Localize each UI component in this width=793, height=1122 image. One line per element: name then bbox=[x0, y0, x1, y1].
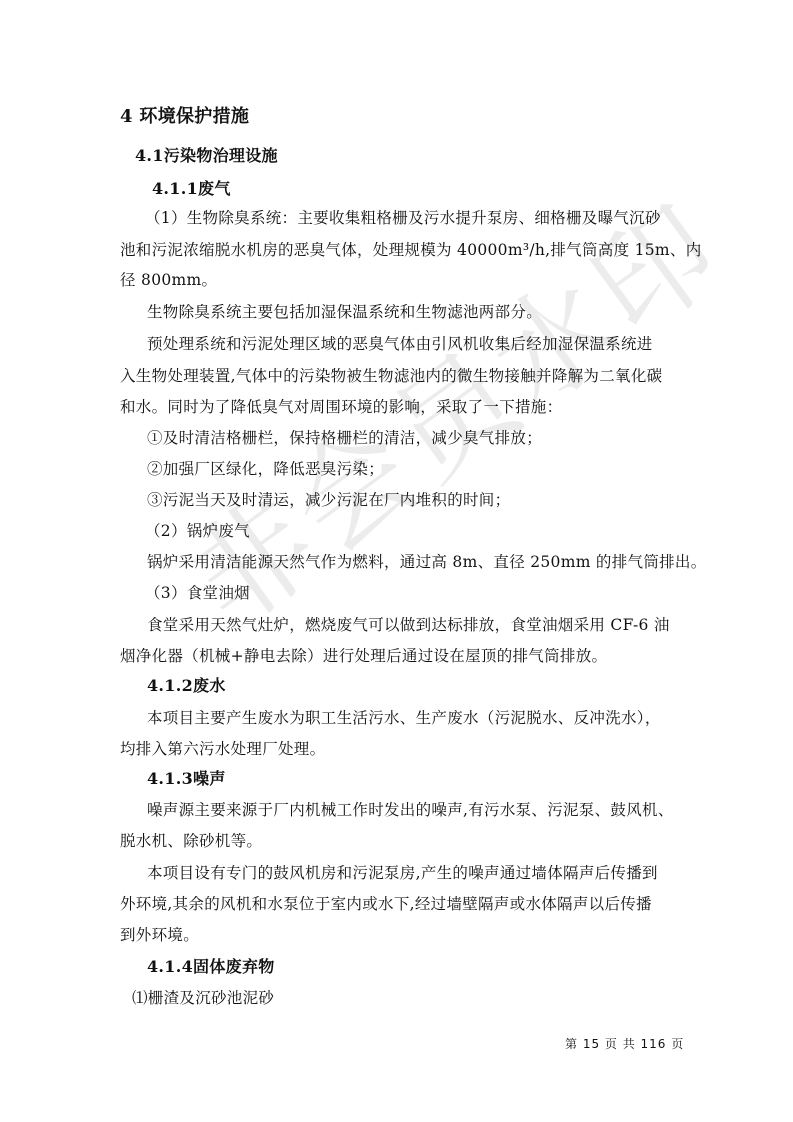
section-heading: 4.1污染物治理设施 bbox=[135, 146, 278, 166]
paragraph-line: 和水。同时为了降低臭气对周围环境的影响，采取了一下措施： bbox=[120, 397, 562, 417]
paragraph-line: 生物除臭系统主要包括加湿保温系统和生物滤池两部分。 bbox=[147, 302, 542, 322]
paragraph-line: 到外环境。 bbox=[120, 925, 199, 945]
subsection-heading-noise: 4.1.3噪声 bbox=[147, 769, 226, 789]
paragraph-line: 本项目设有专门的鼓风机房和污泥泵房,产生的噪声通过墙体隔声后传播到 bbox=[147, 863, 658, 883]
paragraph-line: （1）生物除臭系统：主要收集粗格栅及污水提升泵房、细格栅及曝气沉砂 bbox=[145, 208, 661, 228]
paragraph-line: （3）食堂油烟 bbox=[145, 583, 250, 603]
paragraph-line: 预处理系统和污泥处理区域的恶臭气体由引风机收集后经加湿保温系统进 bbox=[147, 334, 653, 354]
paragraph-line: （2）锅炉废气 bbox=[145, 521, 250, 541]
paragraph-line: 本项目主要产生废水为职工生活污水、生产废水（污泥脱水、反冲洗水）， bbox=[147, 708, 661, 728]
paragraph-line: ⑴栅渣及沉砂池泥砂 bbox=[132, 988, 274, 1008]
paragraph-line: 径 800mm。 bbox=[120, 270, 217, 290]
paragraph-line: 外环境,其余的风机和水泵位于室内或水下,经过墙壁隔声或水体隔声以后传播 bbox=[120, 894, 652, 914]
paragraph-line: 脱水机、除砂机等。 bbox=[120, 831, 262, 851]
chapter-heading: 4 环境保护措施 bbox=[120, 107, 249, 127]
list-item: ②加强厂区绿化，降低恶臭污染； bbox=[147, 459, 384, 479]
paragraph-line: 食堂采用天然气灶炉，燃烧废气可以做到达标排放，食堂油烟采用 CF-6 油 bbox=[147, 615, 670, 635]
paragraph-line: 烟净化器（机械+静电去除）进行处理后通过设在屋顶的排气筒排放。 bbox=[120, 646, 607, 666]
document-page: 非会员水印 4 环境保护措施 4.1污染物治理设施 4.1.1废气 （1）生物除… bbox=[0, 0, 793, 1122]
page-number-footer: 第 15 页 共 116 页 bbox=[565, 1035, 684, 1052]
list-item: ③污泥当天及时清运，减少污泥在厂内堆积的时间； bbox=[147, 490, 510, 510]
list-item: ①及时清洁格栅栏，保持格栅栏的清洁，减少臭气排放； bbox=[147, 428, 542, 448]
subsection-heading-air: 4.1.1废气 bbox=[152, 179, 231, 199]
paragraph-line: 均排入第六污水处理厂处理。 bbox=[120, 739, 325, 759]
paragraph-line: 锅炉采用清洁能源天然气作为燃料，通过高 8m、直径 250mm 的排气筒排出。 bbox=[147, 552, 707, 572]
paragraph-line: 入生物处理装置,气体中的污染物被生物滤池内的微生物接触并降解为二氧化碳 bbox=[120, 366, 662, 386]
subsection-heading-water: 4.1.2废水 bbox=[147, 676, 226, 696]
paragraph-line: 噪声源主要来源于厂内机械工作时发出的噪声,有污水泵、污泥泵、鼓风机、 bbox=[147, 800, 674, 820]
paragraph-line: 池和污泥浓缩脱水机房的恶臭气体，处理规模为 40000m³/h,排气筒高度 15… bbox=[120, 240, 702, 260]
subsection-heading-solid-waste: 4.1.4固体废弃物 bbox=[147, 957, 275, 977]
